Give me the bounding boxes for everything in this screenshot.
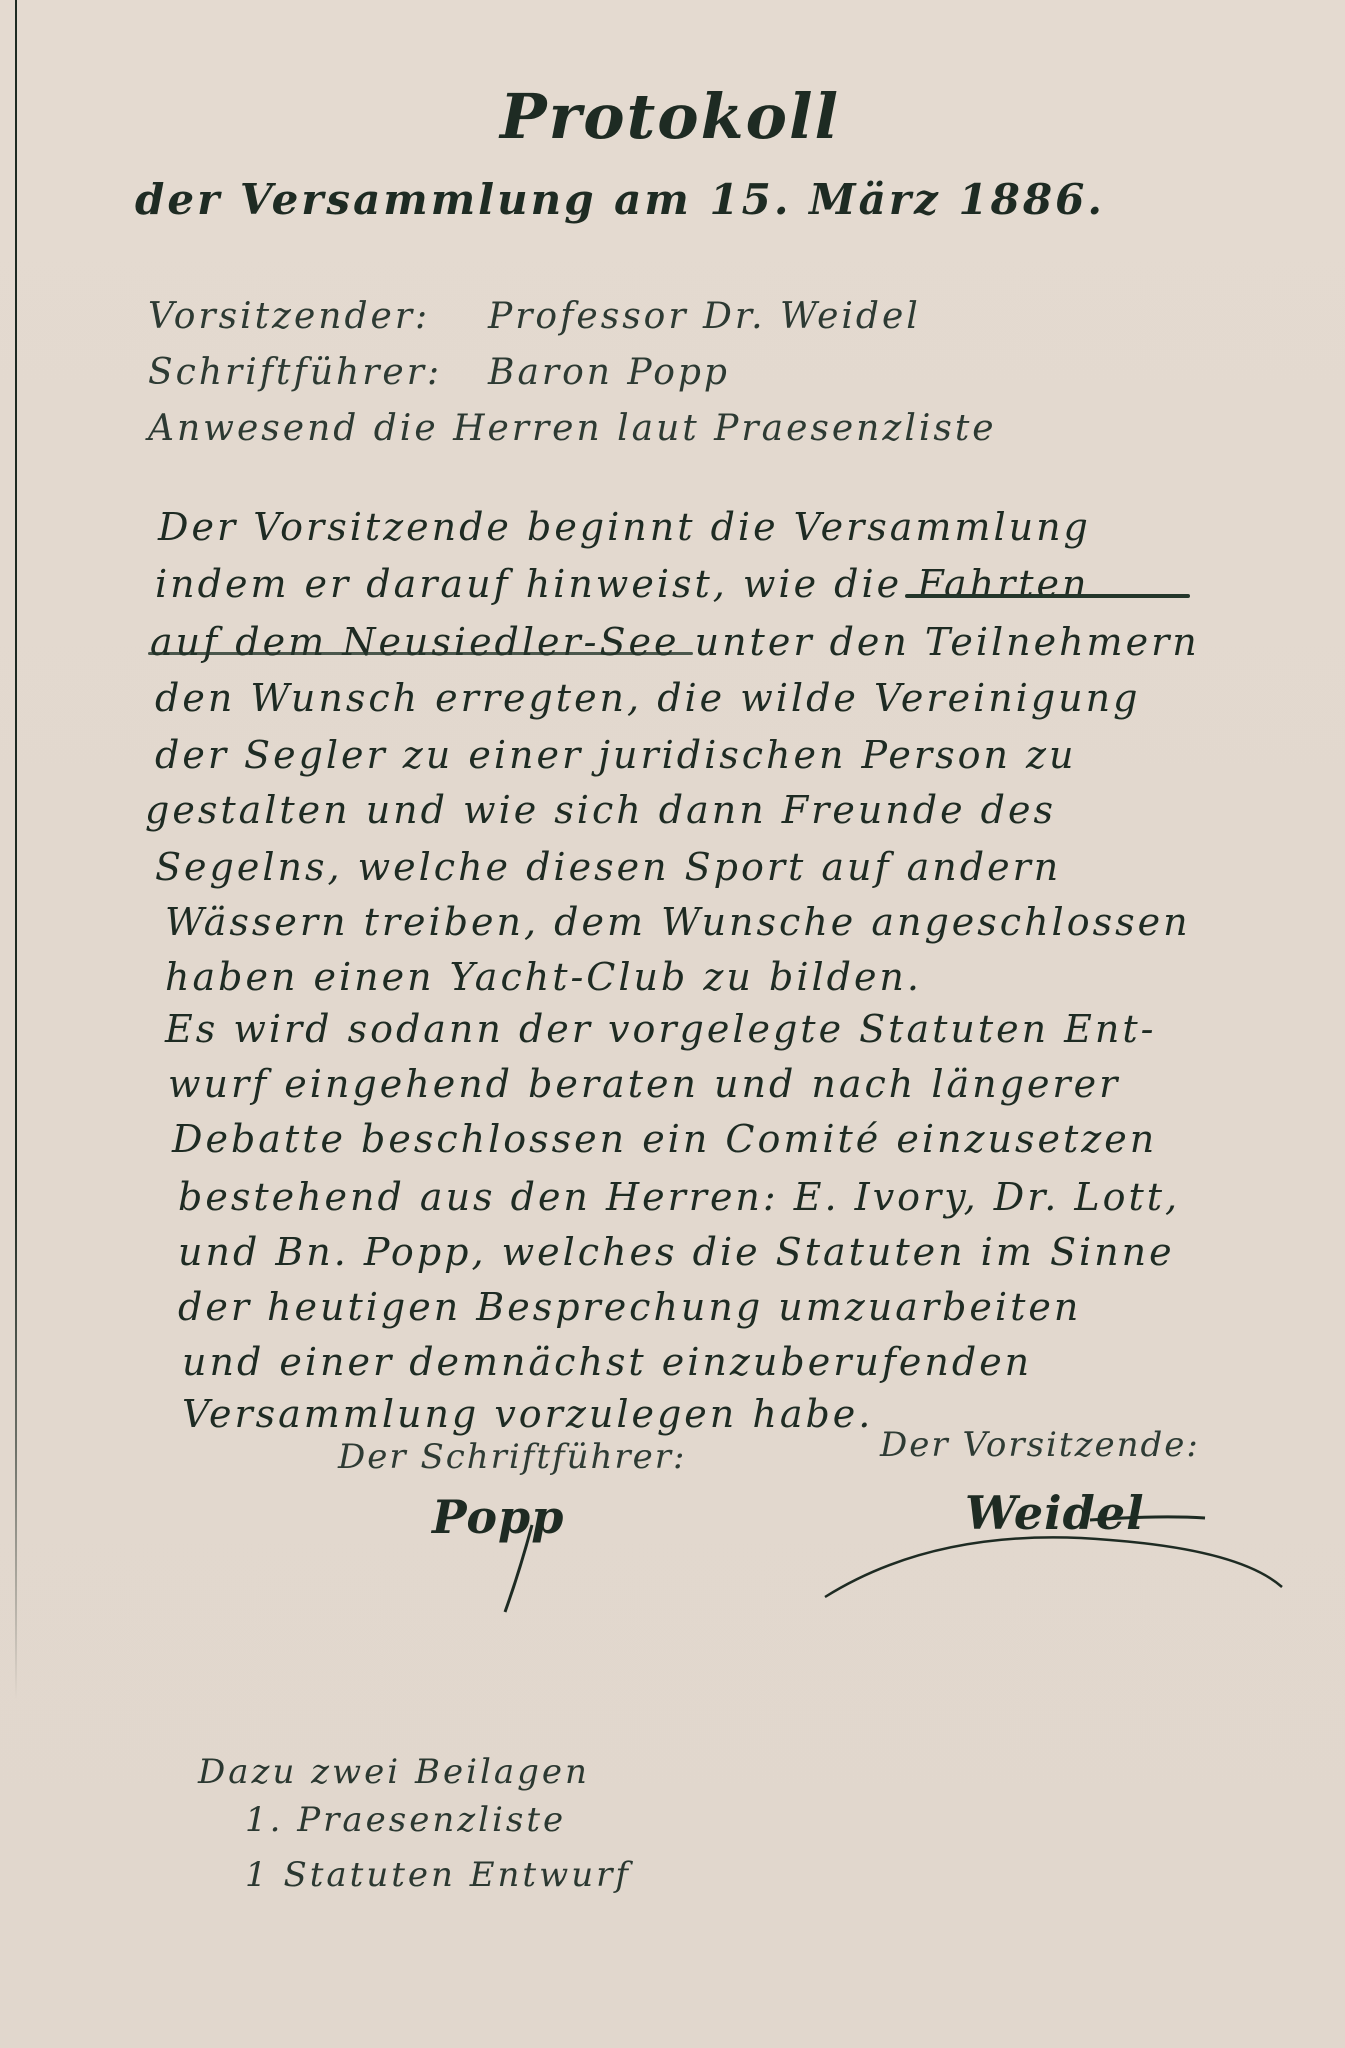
body-line: und Bn. Popp, welches die Statuten im Si… <box>178 1230 1175 1274</box>
underline-neusiedler-see <box>148 652 693 655</box>
body-line: bestehend aus den Herren: E. Ivory, Dr. … <box>178 1175 1180 1219</box>
meta-value: Professor Dr. Weidel <box>488 296 921 337</box>
secretary-label: Der Schriftführer: <box>338 1437 687 1477</box>
enclosure-item: 1. Praesenzliste <box>245 1800 566 1840</box>
meta-label: Vorsitzender: <box>148 296 488 337</box>
body-line: der Segler zu einer juridischen Person z… <box>155 733 1077 777</box>
enclosures-heading: Dazu zwei Beilagen <box>198 1752 590 1792</box>
body-line: Wässern treiben, dem Wunsche angeschloss… <box>165 900 1191 944</box>
secretary-signature: Popp <box>432 1490 564 1544</box>
body-line: Segelns, welche diesen Sport auf andern <box>155 845 1061 889</box>
document-subtitle: der Versammlung am 15. März 1886. <box>135 175 1105 224</box>
body-line: der heutigen Besprechung umzuarbeiten <box>178 1285 1081 1329</box>
body-line: Debatte beschlossen ein Comité einzusetz… <box>172 1117 1157 1161</box>
meta-value: Baron Popp <box>488 352 730 393</box>
enclosure-item: 1 Statuten Entwurf <box>245 1855 631 1895</box>
body-line: gestalten und wie sich dann Freunde des <box>145 788 1056 832</box>
body-line: den Wunsch erregten, die wilde Vereinigu… <box>155 676 1140 720</box>
body-line: indem er darauf hinweist, wie die Fahrte… <box>155 562 1090 606</box>
meta-chairman: Vorsitzender:Professor Dr. Weidel <box>148 296 921 337</box>
chairman-label: Der Vorsitzende: <box>880 1425 1200 1465</box>
underline-die-fahrten <box>905 594 1190 598</box>
document-page: Protokoll der Versammlung am 15. März 18… <box>0 0 1345 2048</box>
body-line: wurf eingehend beraten und nach längerer <box>168 1062 1120 1106</box>
meta-label: Anwesend die Herren laut Praesenzliste <box>148 408 997 449</box>
body-line: Es wird sodann der vorgelegte Statuten E… <box>165 1007 1156 1051</box>
body-line: auf dem Neusiedler-See unter den Teilneh… <box>150 620 1200 664</box>
body-line: Der Vorsitzende beginnt die Versammlung <box>158 505 1091 549</box>
body-line: haben einen Yacht-Club zu bilden. <box>165 955 922 999</box>
chairman-signature: Weidel <box>965 1486 1145 1540</box>
body-line: Versammlung vorzulegen habe. <box>182 1392 873 1436</box>
body-line: und einer demnächst einzuberufenden <box>182 1340 1032 1384</box>
margin-line <box>15 0 17 1700</box>
document-title: Protokoll <box>500 80 840 153</box>
meta-secretary: Schriftführer:Baron Popp <box>148 352 730 393</box>
meta-attendance: Anwesend die Herren laut Praesenzliste <box>148 408 997 449</box>
meta-label: Schriftführer: <box>148 352 488 393</box>
